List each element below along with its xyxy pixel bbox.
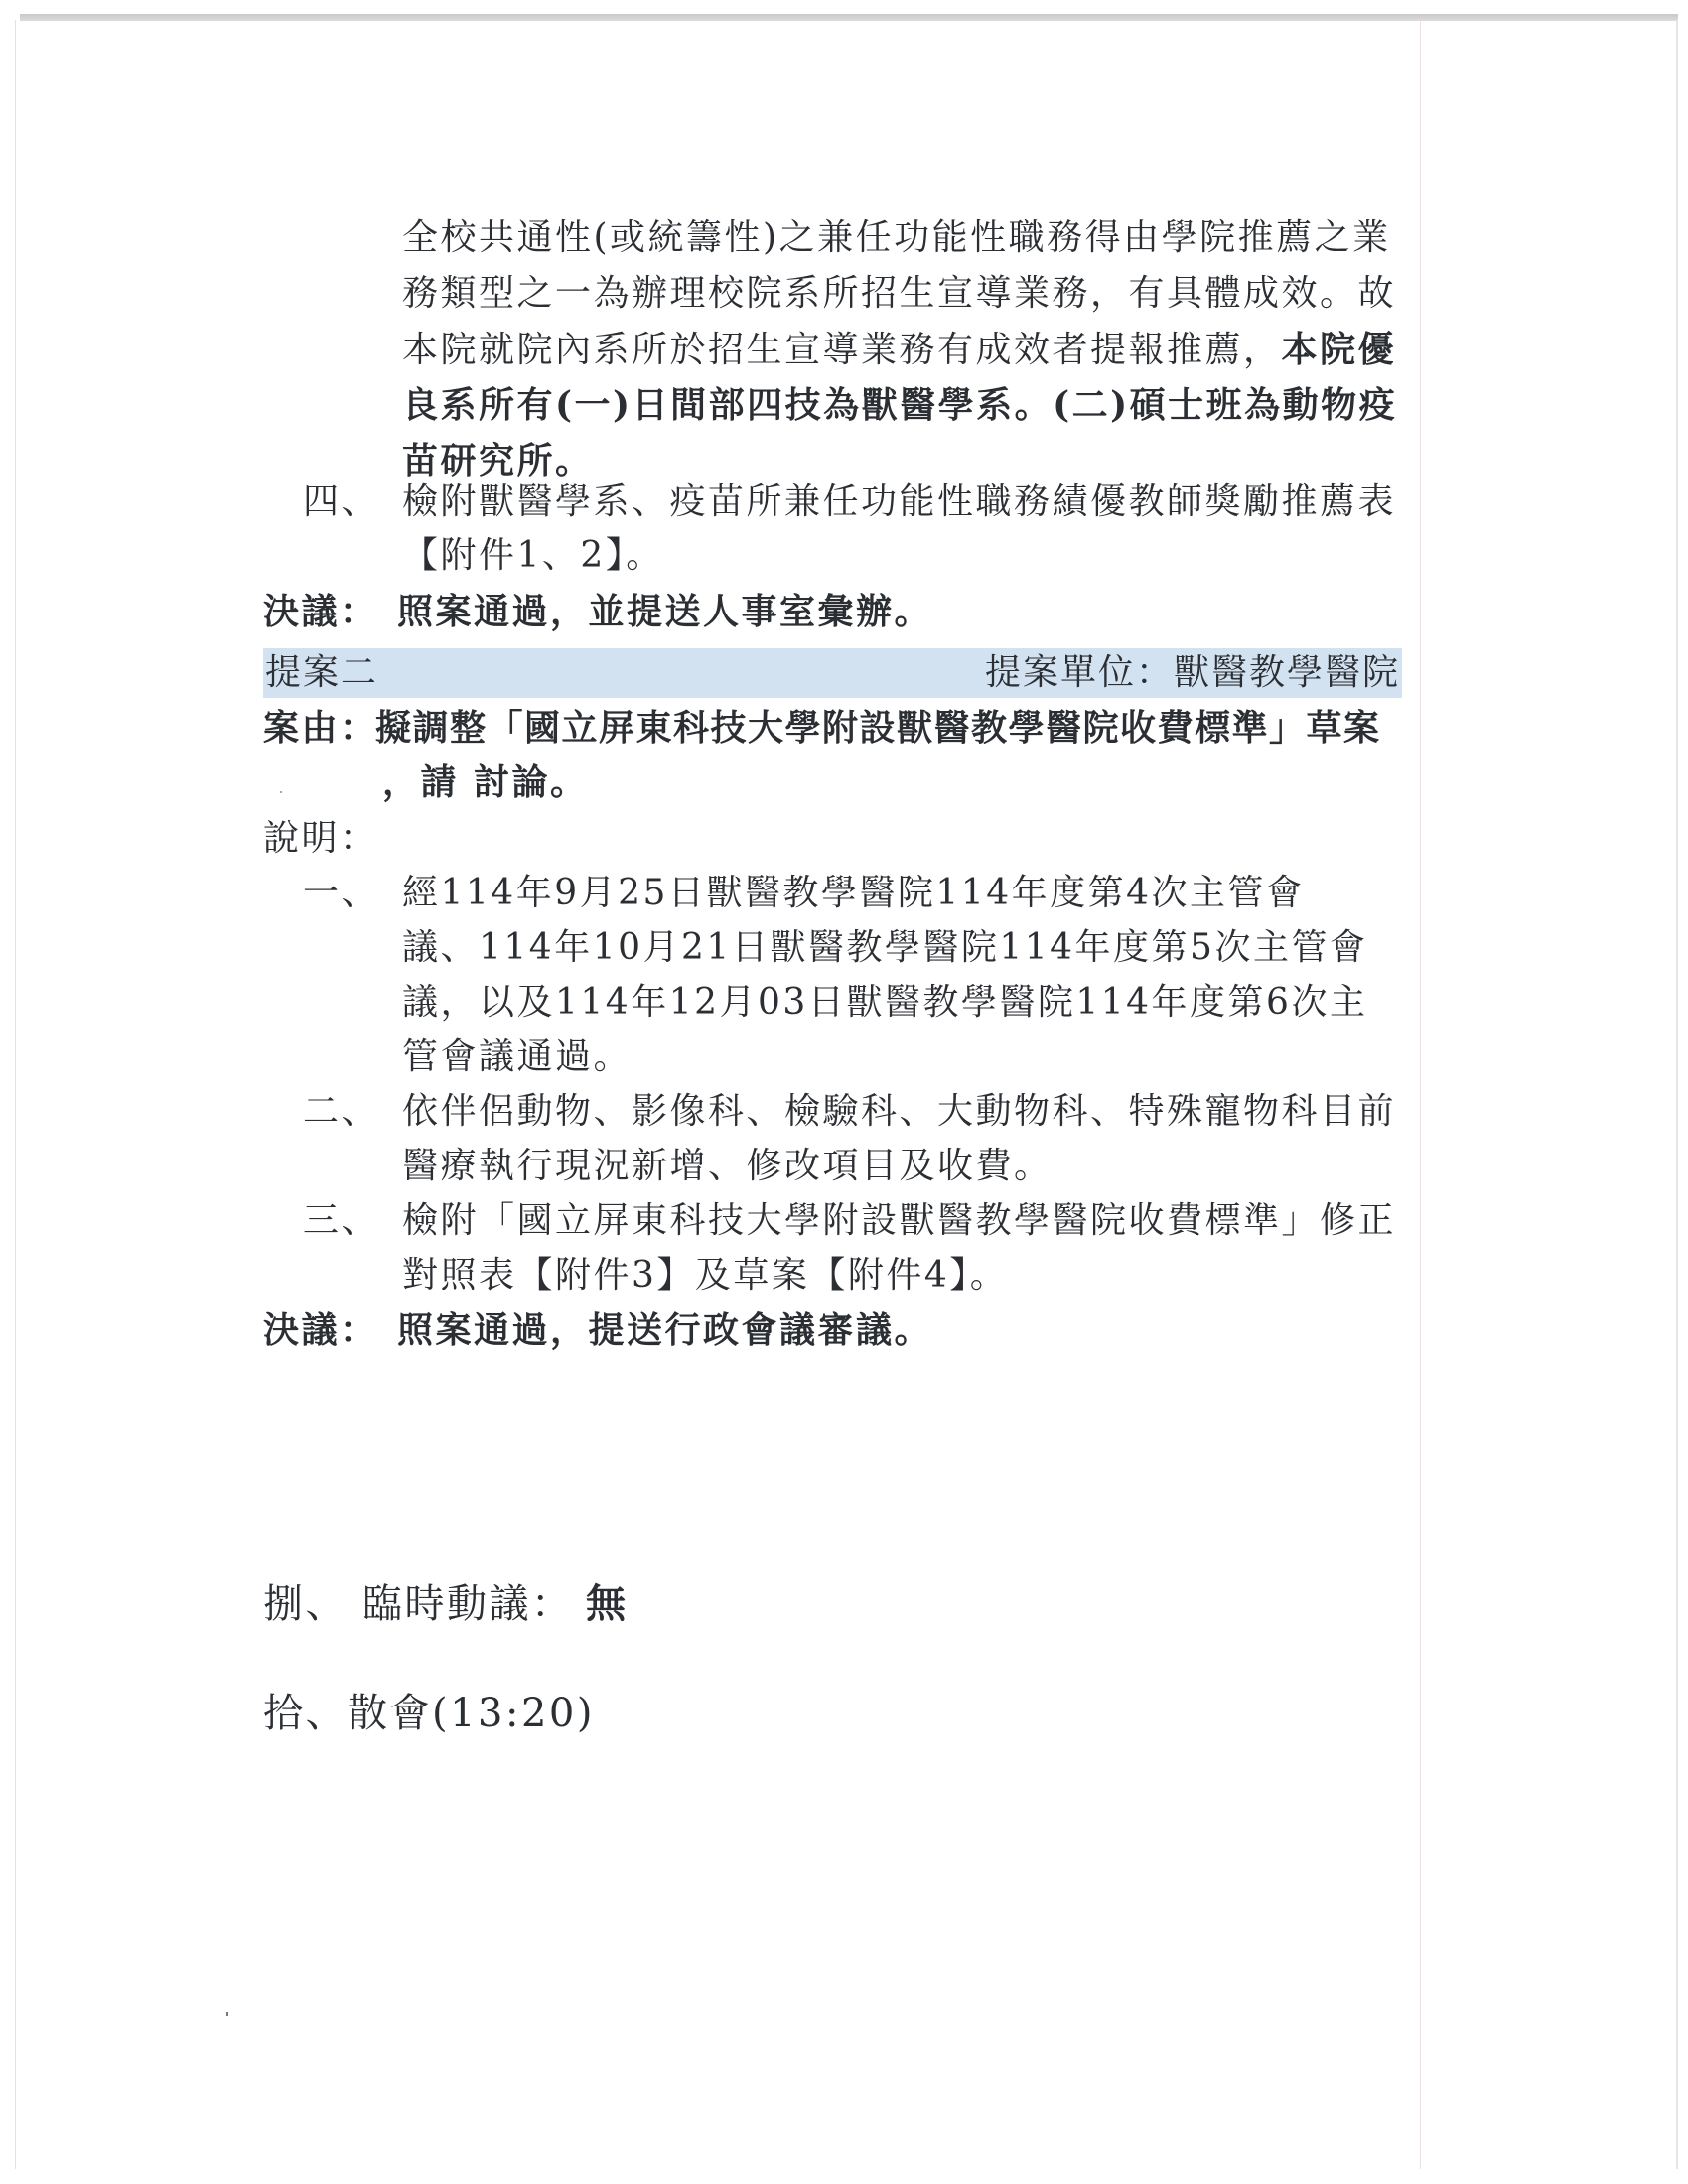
item-line: 議、114年10月21日獸醫教學醫院114年度第5次主管會 [402,926,1367,970]
section-value: 無 [586,1580,629,1628]
explanation-label: 說明： [263,817,378,861]
paragraph-line-bold: 良系所有(一)日間部四技為獸醫學系。(二)碩士班為動物疫 [402,383,1397,427]
section-adjournment: 拾、散會(13:20) [263,1690,595,1737]
proposal-number: 提案二 [265,651,378,695]
cause-line: 擬調整「國立屏東科技大學附設獸醫教學醫院收費標準」草案 [375,706,1381,750]
item-marker: 四、 [303,480,379,524]
item-line: 檢附獸醫學系、疫苗所兼任功能性職務績優教師獎勵推薦表 [402,480,1396,524]
paragraph-line: 全校共通性(或統籌性)之兼任功能性職務得由學院推薦之業 [402,216,1391,260]
item-line: 檢附「國立屏東科技大學附設獸醫教學醫院收費標準」修正 [402,1199,1396,1243]
margin-line [1420,20,1421,2169]
resolution-label: 決議： [263,590,378,633]
resolution-label: 決議： [263,1308,378,1352]
paragraph-bold-text: 本院優 [1282,329,1397,370]
item-marker: 三、 [303,1199,379,1243]
item-line: 【附件1、2】。 [402,534,664,578]
section-marker: 捌、 [263,1580,348,1628]
cause-label: 案由： [263,706,378,750]
item-line: 議，以及114年12月03日獸醫教學醫院114年度第6次主 [402,981,1367,1024]
proposal-two-header: 提案二 提案單位：獸醫教學醫院 [263,648,1402,698]
paragraph-line: 本院就院內系所於招生宣導業務有成效者提報推薦，本院優 [402,328,1396,372]
paragraph-line: 務類型之一為辦理校院系所招生宣導業務，有具體成效。故 [402,272,1396,316]
scan-speck [226,2012,228,2016]
scan-left-edge [15,20,16,2169]
item-marker: 一、 [303,872,379,915]
scan-top-edge [20,14,1678,21]
scan-right-edge [1676,20,1678,2169]
item-line: 醫療執行現況新增、修改項目及收費。 [402,1145,1053,1188]
item-line: 依伴侶動物、影像科、檢驗科、大動物科、特殊寵物科目前 [402,1090,1396,1134]
scan-speck [280,791,282,793]
item-line: 對照表【附件3】及草案【附件4】。 [402,1254,1008,1297]
item-marker: 二、 [303,1090,379,1134]
paragraph-line-text: 本院就院內系所於招生宣導業務有成效者提報推薦， [402,330,1282,370]
resolution-text: 照案通過，並提送人事室彙辦。 [397,590,932,633]
item-line: 管會議通過。 [402,1035,632,1079]
item-line: 經114年9月25日獸醫教學醫院114年度第4次主管會 [402,872,1305,915]
proposal-unit: 提案單位：獸醫教學醫院 [985,651,1400,695]
cause-line: ，請 討論。 [382,760,589,804]
section-label: 臨時動議： [362,1580,574,1628]
resolution-text: 照案通過，提送行政會議審議。 [397,1308,932,1352]
paragraph-line-bold: 苗研究所。 [402,439,594,482]
